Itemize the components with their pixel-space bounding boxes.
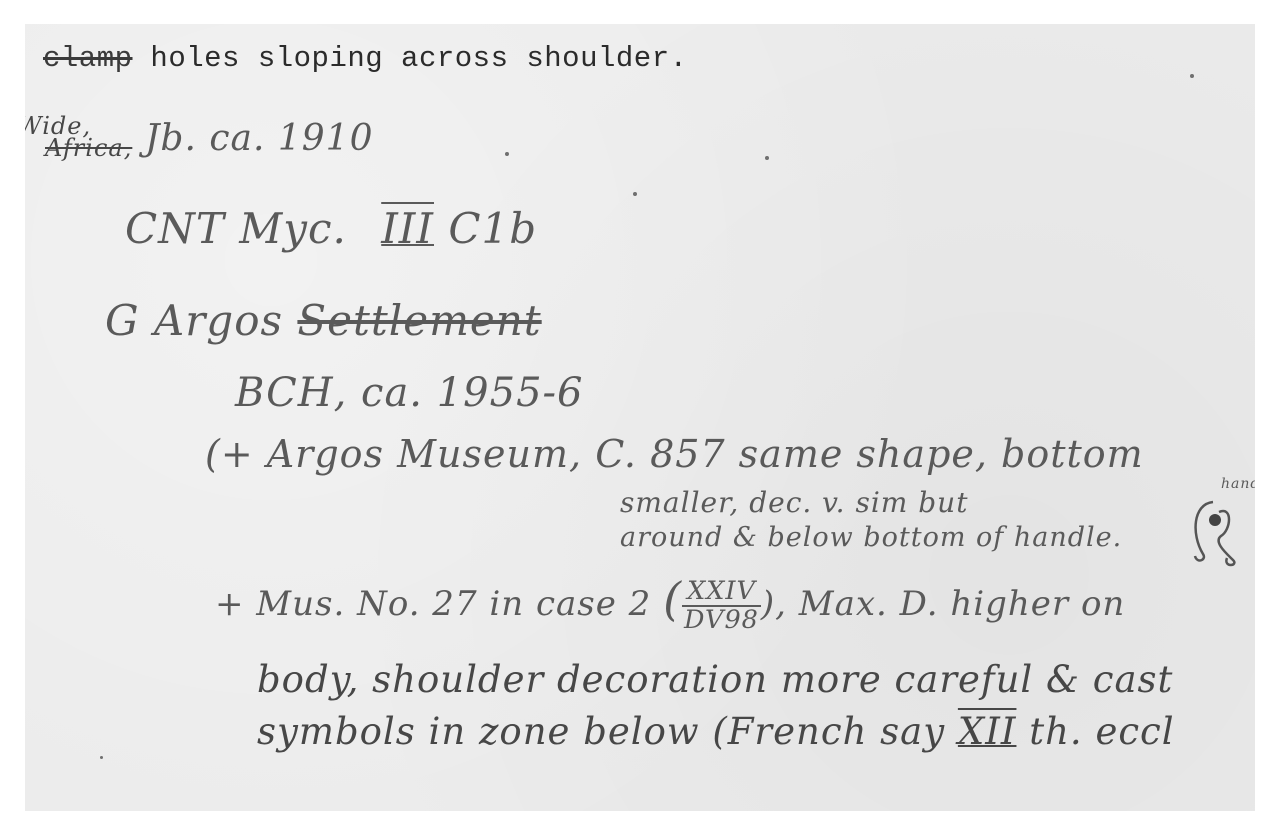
line2-prefix: CNT Myc. xyxy=(125,204,347,253)
line5-suffix: C. 857 same shape, bottom xyxy=(595,432,1144,476)
line8-suffix: ), Max. D. higher on xyxy=(761,584,1125,624)
scanned-page: clamp holes sloping across shoulder. Wid… xyxy=(25,24,1255,811)
margin-hand-label: hand xyxy=(1221,476,1255,492)
speck xyxy=(100,756,103,759)
roman-numeral-iii: III xyxy=(381,204,434,253)
roman-numeral-xii: XII xyxy=(958,710,1017,753)
speck xyxy=(765,156,769,160)
line2-suffix: C1b xyxy=(448,204,537,253)
speck xyxy=(633,192,637,196)
handwritten-line-2: CNT Myc. III C1b xyxy=(125,204,537,253)
speck xyxy=(1190,74,1194,78)
line10-prefix: symbols in zone below (French say xyxy=(257,710,945,753)
handwritten-line-10: symbols in zone below (French say XII th… xyxy=(257,710,1175,753)
typed-text: holes sloping across shoulder. xyxy=(150,42,687,75)
struck-typed-word: clamp xyxy=(43,42,133,75)
handwritten-line-8: + Mus. No. 27 in case 2 ( XXIV DV98 ), M… xyxy=(215,572,1125,634)
speck xyxy=(505,152,509,156)
typed-line: clamp holes sloping across shoulder. xyxy=(43,42,688,75)
handwritten-line-7: around & below bottom of handle. xyxy=(620,522,1122,553)
museum-number-fraction: XXIV DV98 xyxy=(682,578,761,634)
handwritten-line-4: BCH, ca. 1955-6 xyxy=(235,370,584,416)
handle-sketch-icon xyxy=(1183,494,1253,574)
line3-prefix: G Argos xyxy=(105,296,283,345)
fraction-top: XXIV xyxy=(682,578,761,607)
line10-suffix: th. eccl xyxy=(1029,710,1174,753)
handwritten-line-3: G Argos Settlement xyxy=(105,296,542,345)
line5-prefix: (+ Argos Museum, xyxy=(205,432,582,476)
handwritten-line-9: body, shoulder decoration more careful &… xyxy=(257,658,1173,701)
line3-struck: Settlement xyxy=(297,296,541,345)
handwritten-line-5: (+ Argos Museum, C. 857 same shape, bott… xyxy=(205,432,1144,476)
fraction-bottom: DV98 xyxy=(682,607,761,634)
handwritten-line-6: smaller, dec. v. sim but xyxy=(620,486,968,519)
line8-prefix: + Mus. No. 27 in case 2 xyxy=(215,584,651,624)
margin-note-africa: Africa, xyxy=(45,134,132,162)
handwritten-line-1: Jb. ca. 1910 xyxy=(145,118,374,159)
